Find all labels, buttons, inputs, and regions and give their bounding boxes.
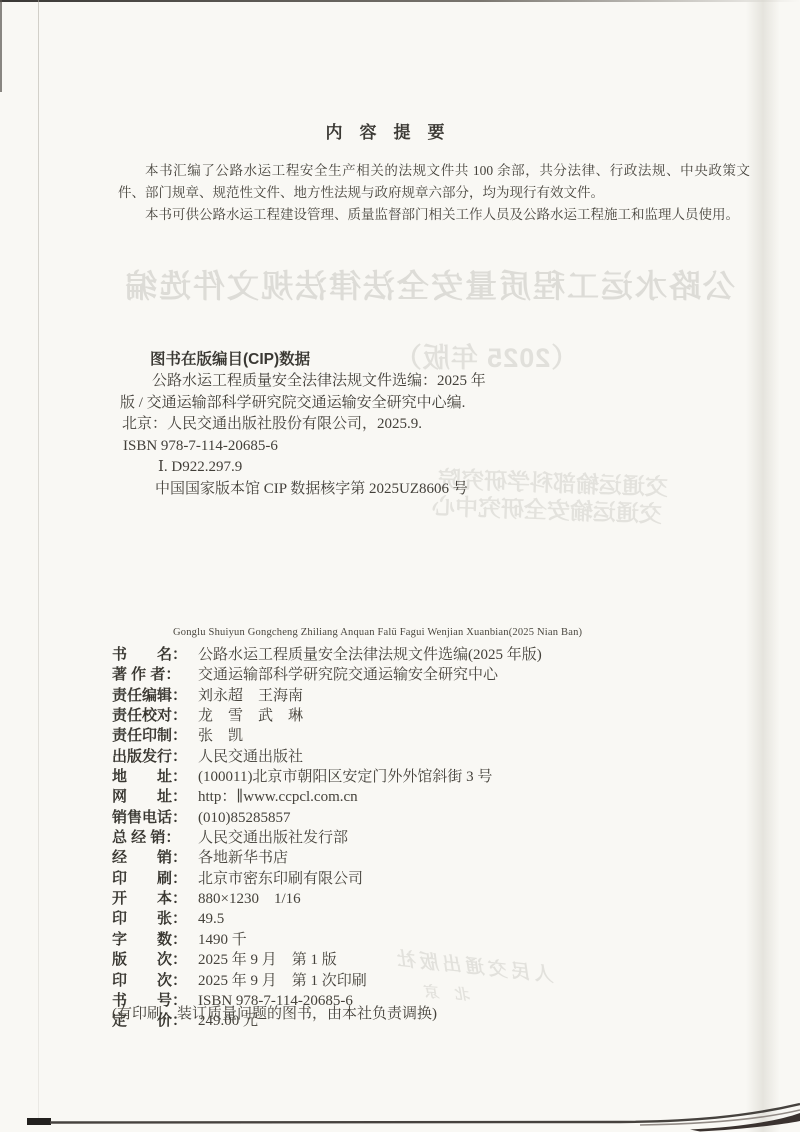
page-top-edge: [0, 0, 800, 2]
colophon-row-label: 网 址：: [112, 787, 198, 806]
colophon-row-value: 北京市密东印刷有限公司: [198, 871, 363, 887]
colophon-row: 责任印制：张 凯: [112, 726, 752, 746]
colophon-row: 责任校对：龙 雪 武 琳: [112, 706, 752, 726]
colophon-row-label: 印 张：: [112, 909, 198, 928]
colophon-row-label: 印 次：: [112, 971, 198, 990]
colophon-row-value: 刘永超 王海南: [198, 688, 303, 704]
colophon-row: 版 次：2025 年 9 月 第 1 版: [112, 950, 752, 970]
cip-line-publisher: 北京：人民交通出版社股份有限公司，2025.9.: [120, 414, 600, 436]
pinyin-title: Gonglu Shuiyun Gongcheng Zhiliang Anquan…: [173, 627, 733, 638]
colophon-row-label: 书 名：: [112, 645, 198, 664]
colophon-row-label: 责任编辑：: [112, 686, 198, 705]
colophon-row-label: 印 刷：: [112, 869, 198, 888]
colophon-row: 著 作 者：交通运输部科学研究院交通运输安全研究中心: [112, 665, 752, 685]
colophon-row-value: 880×1230 1/16: [198, 891, 301, 907]
colophon-row-value: 龙 雪 武 琳: [198, 708, 303, 724]
colophon-row-value: 张 凯: [198, 728, 243, 744]
content-summary-paragraph-1: 本书汇编了公路水运工程安全生产相关的法规文件共 100 余部，共分法律、行政法规…: [118, 160, 750, 204]
colophon-row: 责任编辑：刘永超 王海南: [112, 686, 752, 706]
colophon-row-value: 49.5: [198, 911, 224, 927]
cip-line-registry: 中国国家版本馆 CIP 数据核字第 2025UZ8606 号: [120, 479, 600, 501]
quality-exchange-note: (有印刷、装订质量问题的图书，由本社负责调换): [112, 1002, 437, 1023]
cip-heading: 图书在版编目(CIP)数据: [150, 347, 310, 369]
cip-line-isbn: ISBN 978-7-114-20685-6: [120, 436, 600, 458]
content-summary-paragraph-2: 本书可供公路水运工程建设管理、质量监督部门相关工作人员及公路水运工程施工和监理人…: [118, 204, 750, 226]
colophon-row: 印 刷：北京市密东印刷有限公司: [112, 869, 752, 889]
colophon-row: 开 本：880×1230 1/16: [112, 889, 752, 909]
colophon-row: 销售电话：(010)85285857: [112, 808, 752, 828]
colophon-row-value: 1490 千: [198, 932, 247, 948]
colophon-row: 经 销：各地新华书店: [112, 848, 752, 868]
colophon-row-value: 各地新华书店: [198, 850, 288, 866]
cip-block: 公路水运工程质量安全法律法规文件选编：2025 年 版 / 交通运输部科学研究院…: [120, 371, 600, 500]
colophon-row-value: (100011)北京市朝阳区安定门外外馆斜街 3 号: [198, 769, 492, 785]
bleedthrough-edition-mirrored: （2025 年版）: [358, 336, 614, 375]
colophon-row-value: 公路水运工程质量安全法律法规文件选编(2025 年版): [198, 647, 542, 663]
colophon-row: 地 址：(100011)北京市朝阳区安定门外外馆斜街 3 号: [112, 767, 752, 787]
colophon-row: 总 经 销：人民交通出版社发行部: [112, 828, 752, 848]
colophon-row: 印 张：49.5: [112, 909, 752, 929]
page-left-edge: [0, 0, 2, 92]
colophon-row-label: 开 本：: [112, 889, 198, 908]
page-bottom-edge: [0, 1090, 800, 1132]
colophon-row-label: 版 次：: [112, 950, 198, 969]
colophon-row-label: 责任校对：: [112, 706, 198, 725]
colophon-row: 网 址：http：∥www.ccpcl.com.cn: [112, 787, 752, 807]
colophon-row-label: 著 作 者：: [112, 665, 198, 684]
bleedthrough-book-title-mirrored: 公路水运工程质量安全法律法规文件选编: [108, 261, 750, 307]
cip-line-author: 版 / 交通运输部科学研究院交通运输安全研究中心编.: [120, 393, 600, 415]
colophon-row-value: 人民交通出版社发行部: [198, 830, 348, 846]
colophon-row: 印 次：2025 年 9 月 第 1 次印刷: [112, 971, 752, 991]
colophon-row: 书 名：公路水运工程质量安全法律法规文件选编(2025 年版): [112, 645, 752, 665]
colophon-row-value: 2025 年 9 月 第 1 次印刷: [198, 973, 367, 989]
page-fold-line: [38, 0, 39, 1118]
content-summary-heading: 内 容 提 要: [0, 118, 770, 143]
colophon-row-label: 经 销：: [112, 848, 198, 867]
colophon-row-value: 交通运输部科学研究院交通运输安全研究中心: [198, 667, 498, 683]
colophon-row-label: 地 址：: [112, 767, 198, 786]
colophon-row: 字 数：1490 千: [112, 930, 752, 950]
colophon-row-label: 销售电话：: [112, 808, 198, 827]
colophon-row-label: 责任印制：: [112, 726, 198, 745]
colophon-row-label: 总 经 销：: [112, 828, 198, 847]
colophon-row-value: 人民交通出版社: [198, 749, 303, 765]
colophon-row-label: 出版发行：: [112, 747, 198, 766]
colophon-list: 书 名：公路水运工程质量安全法律法规文件选编(2025 年版) 著 作 者：交通…: [112, 645, 752, 1032]
colophon-row-value: 2025 年 9 月 第 1 版: [198, 952, 337, 968]
colophon-row-value: (010)85285857: [198, 810, 291, 826]
cip-line-classification: Ⅰ. D922.297.9: [120, 457, 600, 479]
content-summary-body: 本书汇编了公路水运工程安全生产相关的法规文件共 100 余部，共分法律、行政法规…: [118, 160, 750, 226]
colophon-row-value: http：∥www.ccpcl.com.cn: [198, 789, 358, 805]
colophon-row: 出版发行：人民交通出版社: [112, 747, 752, 767]
cip-line-title: 公路水运工程质量安全法律法规文件选编：2025 年: [120, 371, 600, 393]
colophon-row-label: 字 数：: [112, 930, 198, 949]
